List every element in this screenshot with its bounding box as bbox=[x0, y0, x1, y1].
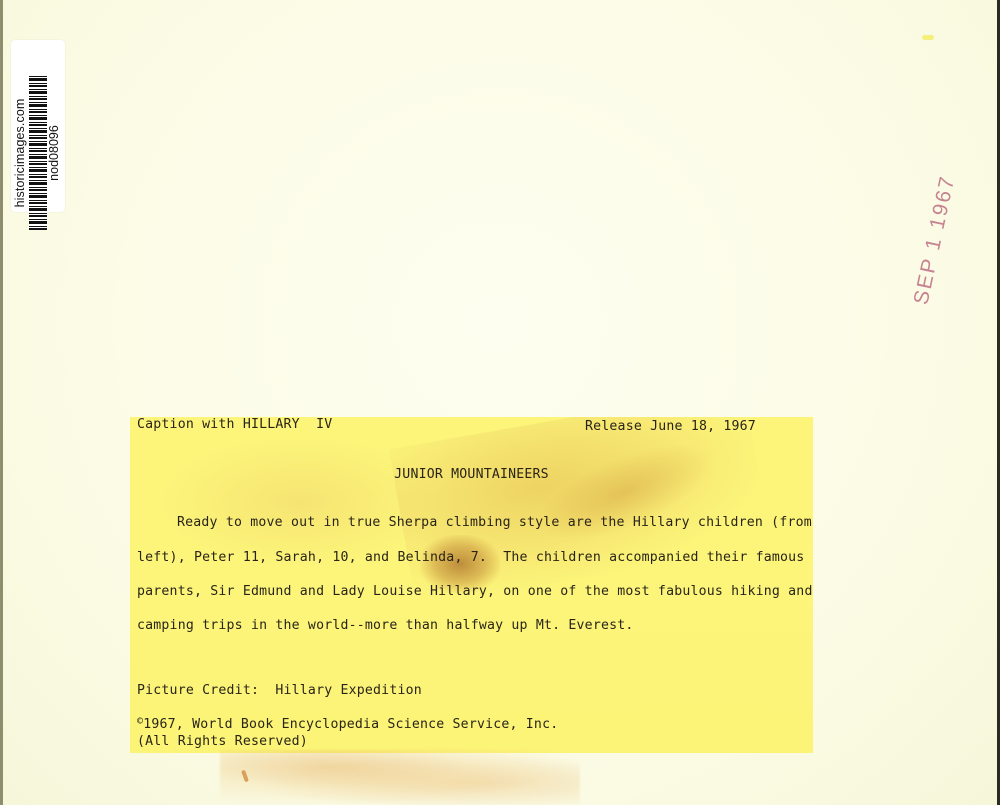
caption-headline: JUNIOR MOUNTAINEERS bbox=[130, 467, 813, 482]
barcode-site-text: historicimages.com bbox=[13, 68, 27, 238]
body-line: camping trips in the world--more than ha… bbox=[137, 618, 634, 633]
body-line: left), Peter 11, Sarah, 10, and Belinda,… bbox=[137, 550, 804, 565]
yellow-mark bbox=[922, 35, 934, 40]
glue-stain bbox=[220, 750, 580, 805]
copyright-text: 1967, World Book Encyclopedia Science Se… bbox=[143, 717, 558, 732]
barcode-rotated-content: historicimages.com nod08096 bbox=[11, 68, 65, 238]
photo-left-edge bbox=[0, 0, 3, 805]
barcode-label: historicimages.com nod08096 bbox=[11, 40, 65, 212]
picture-credit: Picture Credit: Hillary Expedition bbox=[137, 683, 422, 698]
caption-sheet: Caption with HILLARY IV Release June 18,… bbox=[130, 417, 813, 753]
release-date: Release June 18, 1967 bbox=[585, 419, 756, 434]
barcode-id-text: nod08096 bbox=[47, 68, 61, 238]
caption-header-left: Caption with HILLARY IV bbox=[137, 417, 332, 432]
barcode-icon bbox=[29, 76, 47, 230]
body-line: Ready to move out in true Sherpa climbin… bbox=[177, 515, 812, 530]
body-line: parents, Sir Edmund and Lady Louise Hill… bbox=[137, 584, 813, 599]
copyright-line: ©1967, World Book Encyclopedia Science S… bbox=[137, 716, 558, 732]
rights-reserved: (All Rights Reserved) bbox=[137, 734, 308, 749]
